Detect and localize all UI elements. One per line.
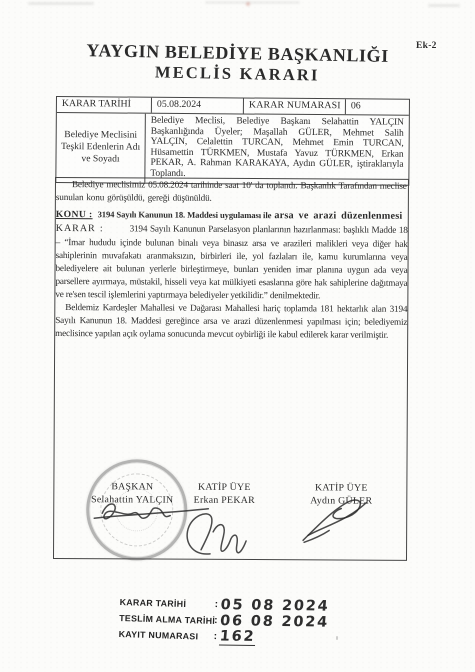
table-row-members: Belediye Meclisini Teşkil Edenlerin Adı … <box>56 113 409 184</box>
colon: : <box>214 628 218 642</box>
registry-section: KARAR TARİHİ:05 08 2024 TESLİM ALMA TARİ… <box>118 593 359 649</box>
decision-body-box: Belediye meclisimiz 05.08.2024 tarihinde… <box>53 177 409 561</box>
decision-date-label: KARAR TARİHİ <box>57 97 152 113</box>
decision-info-table: KARAR TARİHİ 05.08.2024 KARAR NUMARASI 0… <box>55 96 410 185</box>
scan-artifact <box>428 4 460 7</box>
subject-emphasis: arsa ve arazi düzenlenmesi <box>274 211 402 223</box>
decision-paragraph-2: Beldemiz Kardeşler Mahallesi ve Dağarası… <box>55 301 407 342</box>
scan-artifact <box>28 2 94 5</box>
registry-label: TESLİM ALMA TARİHİ <box>119 609 214 626</box>
scanned-document-page: Ek-2 YAYGIN BELEDİYE BAŞKANLIĞI MECLİS K… <box>0 0 475 672</box>
members-label: Belediye Meclisini Teşkil Edenlerin Adı … <box>56 113 146 182</box>
decision-number-value: 06 <box>346 99 409 114</box>
decision-paragraph-1: KARAR :3194 Sayılı Kanunun Parselasyon p… <box>55 222 407 302</box>
scan-artifact <box>205 1 300 4</box>
registry-label: KARAR TARİHİ <box>120 593 215 610</box>
subject-prefix: 3194 Sayılı Kanunun 18. Maddesi uygulama… <box>98 210 272 221</box>
colon: : <box>215 596 219 610</box>
subject-line: KONU :3194 Sayılı Kanunun 18. Maddesi uy… <box>56 204 408 224</box>
registry-label: KAYIT NUMARASI <box>119 625 214 642</box>
handwritten-date-value: 05 08 2024 <box>220 597 330 614</box>
decision-text-1: 3194 Sayılı Kanunun Parselasyon planları… <box>55 224 407 300</box>
scan-artifact <box>246 2 250 6</box>
handwritten-number-value: 162 <box>219 628 256 645</box>
signature-title: KATİP ÜYE <box>169 482 279 495</box>
colon: : <box>214 612 218 626</box>
decision-date-value: 05.08.2024 <box>152 98 244 114</box>
handwritten-signature-clerk-2 <box>297 493 373 545</box>
decision-number-label: KARAR NUMARASI <box>244 98 346 114</box>
intro-paragraph: Belediye meclisimiz 05.08.2024 tarihinde… <box>56 178 408 206</box>
subject-label: KONU : <box>56 209 93 220</box>
handwritten-signature-clerk-1 <box>182 506 248 558</box>
members-text: Belediye Meclisi, Belediye Başkanı Selah… <box>145 114 409 185</box>
document-title: YAYGIN BELEDİYE BAŞKANLIĞI MECLİS KARARI <box>0 37 475 88</box>
decision-label: KARAR : <box>56 223 104 234</box>
